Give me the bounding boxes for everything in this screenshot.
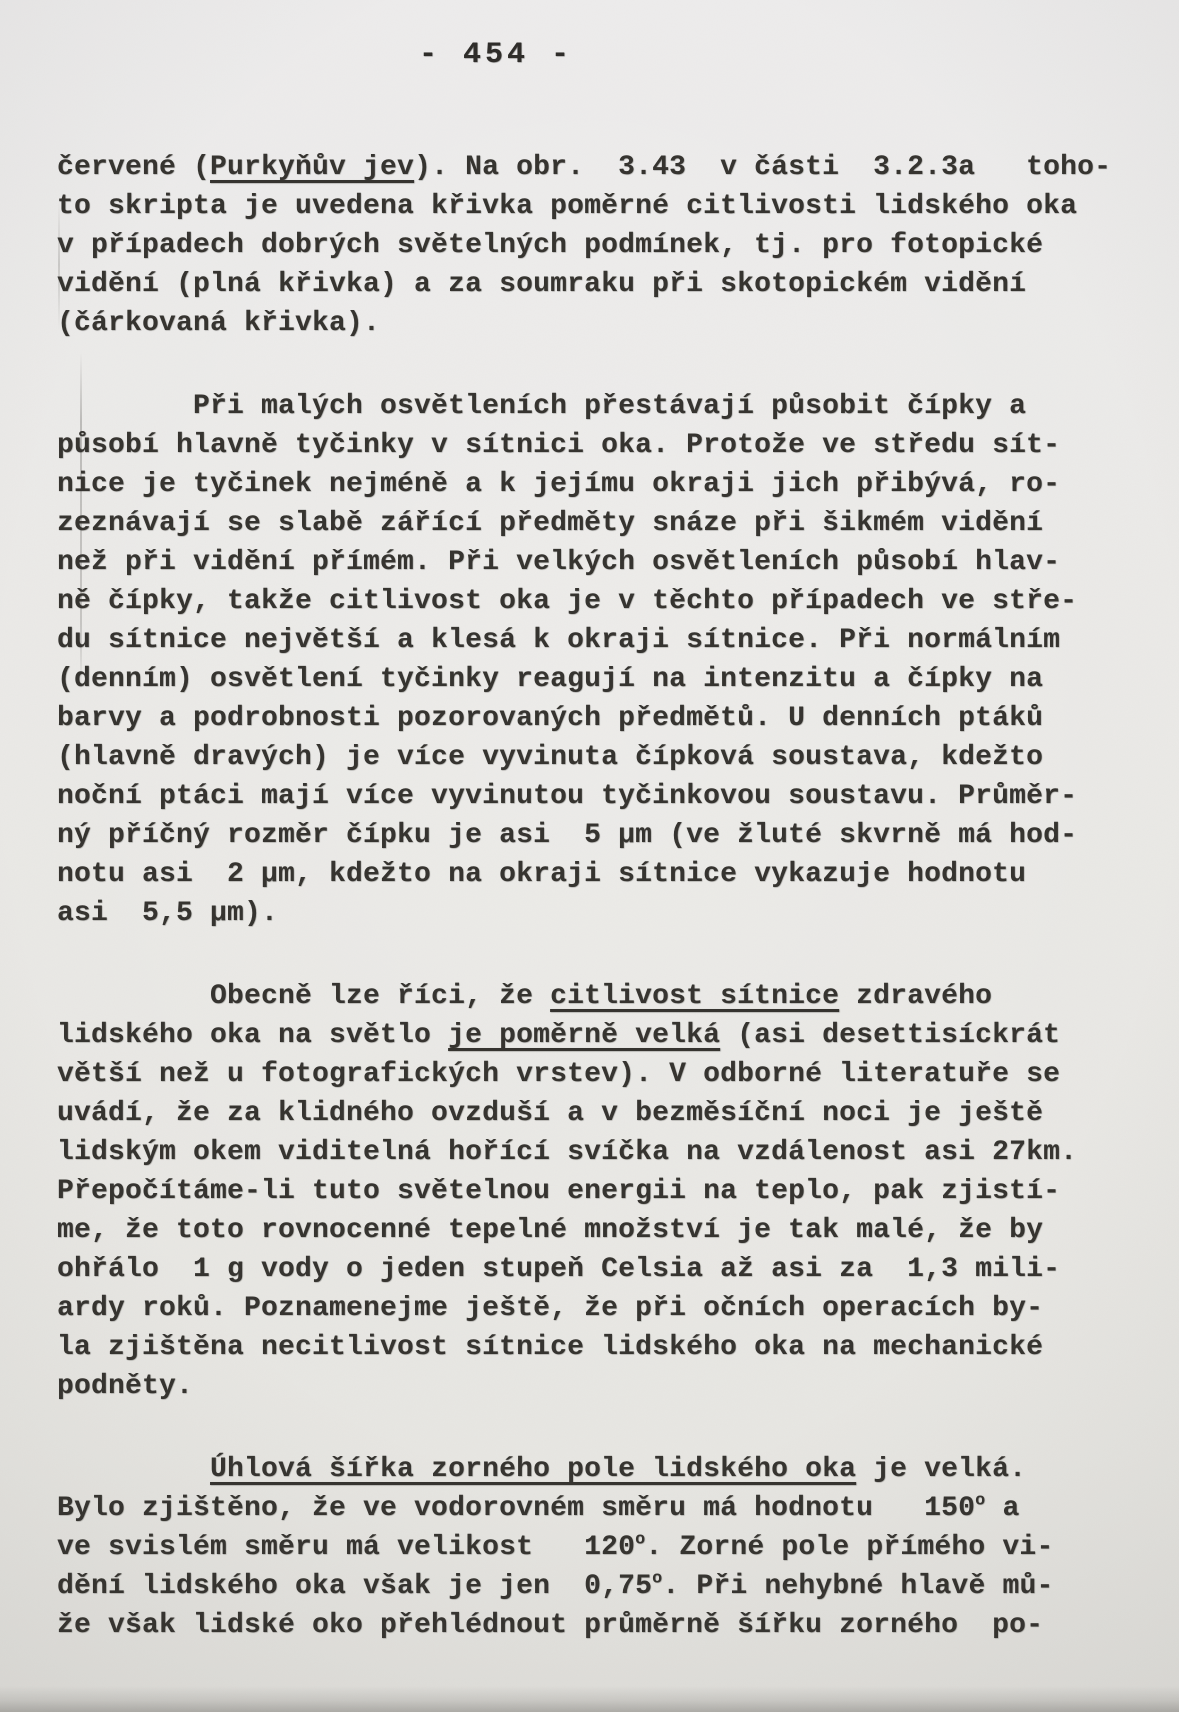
- text-run: ný příčný rozměr čípku je asi 5 μm (ve ž…: [57, 820, 1077, 851]
- underlined-text: citlivost sítnice: [550, 981, 839, 1012]
- text-run: Bylo zjištěno, že ve vodorovném směru má…: [57, 1493, 975, 1524]
- text-run: (denním) osvětlení tyčinky reagují na in…: [57, 664, 1043, 695]
- scanned-page: - 454 - červené (Purkyňův jev). Na obr. …: [0, 0, 1179, 1712]
- text-line: větší než u fotografických vrstev). V od…: [57, 1055, 1142, 1094]
- text-run: ardy roků. Poznamenejme ještě, že při oč…: [57, 1293, 1043, 1324]
- superscript-text: o: [635, 1531, 645, 1550]
- text-run: me, že toto rovnocenné tepelné množství …: [57, 1215, 1043, 1246]
- text-line: ohřálo 1 g vody o jeden stupeň Celsia až…: [57, 1250, 1142, 1289]
- text-run: je velká.: [856, 1454, 1026, 1485]
- text-run: zeznávají se slabě zářící předměty snáze…: [57, 508, 1043, 539]
- text-run: dění lidského oka však je jen 0,75: [57, 1571, 652, 1602]
- text-run: noční ptáci mají více vyvinutou tyčinkov…: [57, 781, 1077, 812]
- text-run: uvádí, že za klidného ovzduší a v bezměs…: [57, 1098, 1043, 1129]
- text-line: podněty.: [57, 1367, 1142, 1406]
- text-line: nice je tyčinek nejméně a k jejímu okraj…: [57, 465, 1142, 504]
- text-line: že však lidské oko přehlédnout průměrně …: [57, 1606, 1142, 1645]
- text-line: ně čípky, takže citlivost oka je v těcht…: [57, 582, 1142, 621]
- text-run: podněty.: [57, 1371, 193, 1402]
- text-run: Přepočítáme-li tuto světelnou energii na…: [57, 1176, 1060, 1207]
- text-run: ve svislém směru má velikost 120: [57, 1532, 635, 1563]
- paragraph-1: červené (Purkyňův jev). Na obr. 3.43 v č…: [57, 148, 1142, 343]
- document-text: červené (Purkyňův jev). Na obr. 3.43 v č…: [57, 148, 1142, 1645]
- text-line: noční ptáci mají více vyvinutou tyčinkov…: [57, 777, 1142, 816]
- text-run: lidským okem viditelná hořící svíčka na …: [57, 1137, 1077, 1168]
- text-line: lidským okem viditelná hořící svíčka na …: [57, 1133, 1142, 1172]
- text-line: uvádí, že za klidného ovzduší a v bezměs…: [57, 1094, 1142, 1133]
- text-run: notu asi 2 μm, kdežto na okraji sítnice …: [57, 859, 1026, 890]
- superscript-text: o: [652, 1570, 662, 1589]
- text-run: [57, 1454, 210, 1485]
- text-run: la zjištěna necitlivost sítnice lidského…: [57, 1332, 1043, 1363]
- text-line: ve svislém směru má velikost 120o. Zorné…: [57, 1528, 1142, 1567]
- text-run: du sítnice největší a klesá k okraji sít…: [57, 625, 1060, 656]
- text-line: vidění (plná křivka) a za soumraku při s…: [57, 265, 1142, 304]
- text-run: a: [985, 1493, 1019, 1524]
- text-line: Úhlová šířka zorného pole lidského oka j…: [57, 1450, 1142, 1489]
- text-run: ně čípky, takže citlivost oka je v těcht…: [57, 586, 1077, 617]
- text-run: větší než u fotografických vrstev). V od…: [57, 1059, 1060, 1090]
- text-line: barvy a podrobnosti pozorovaných předmět…: [57, 699, 1142, 738]
- text-run: (hlavně dravých) je více vyvinuta čípkov…: [57, 742, 1043, 773]
- text-line: lidského oka na světlo je poměrně velká …: [57, 1016, 1142, 1055]
- text-run: v případech dobrých světelných podmínek,…: [57, 230, 1043, 261]
- text-line: to skripta je uvedena křivka poměrné cit…: [57, 187, 1142, 226]
- text-run: ohřálo 1 g vody o jeden stupeň Celsia až…: [57, 1254, 1060, 1285]
- text-run: barvy a podrobnosti pozorovaných předmět…: [57, 703, 1043, 734]
- underlined-text: je poměrně velká: [448, 1020, 720, 1051]
- text-run: Obecně lze říci, že: [57, 981, 550, 1012]
- text-run: . Zorné pole přímého vi-: [645, 1532, 1053, 1563]
- page-edge-shadow: [0, 1686, 1179, 1712]
- text-line: (hlavně dravých) je více vyvinuta čípkov…: [57, 738, 1142, 777]
- text-run: Při malých osvětleních přestávají působi…: [57, 391, 1026, 422]
- paragraph-3: Obecně lze říci, že citlivost sítnice zd…: [57, 977, 1142, 1406]
- text-line: ný příčný rozměr čípku je asi 5 μm (ve ž…: [57, 816, 1142, 855]
- underlined-text: Purkyňův jev: [210, 152, 414, 183]
- text-line: Při malých osvětleních přestávají působi…: [57, 387, 1142, 426]
- text-run: ). Na obr. 3.43 v části 3.2.3a toho-: [414, 152, 1111, 183]
- text-line: (čárkovaná křivka).: [57, 304, 1142, 343]
- underlined-text: Úhlová šířka zorného pole lidského oka: [210, 1454, 856, 1485]
- text-line: dění lidského oka však je jen 0,75o. Při…: [57, 1567, 1142, 1606]
- text-run: že však lidské oko přehlédnout průměrně …: [57, 1610, 1043, 1641]
- text-run: (čárkovaná křivka).: [57, 308, 380, 339]
- text-run: než při vidění přímém. Při velkých osvět…: [57, 547, 1060, 578]
- text-line: Přepočítáme-li tuto světelnou energii na…: [57, 1172, 1142, 1211]
- text-line: v případech dobrých světelných podmínek,…: [57, 226, 1142, 265]
- paragraph-2: Při malých osvětleních přestávají působi…: [57, 387, 1142, 933]
- text-run: (asi desettisíckrát: [720, 1020, 1060, 1051]
- text-line: než při vidění přímém. Při velkých osvět…: [57, 543, 1142, 582]
- text-line: asi 5,5 μm).: [57, 894, 1142, 933]
- text-line: Bylo zjištěno, že ve vodorovném směru má…: [57, 1489, 1142, 1528]
- text-line: du sítnice největší a klesá k okraji sít…: [57, 621, 1142, 660]
- text-line: la zjištěna necitlivost sítnice lidského…: [57, 1328, 1142, 1367]
- text-run: vidění (plná křivka) a za soumraku při s…: [57, 269, 1026, 300]
- text-line: notu asi 2 μm, kdežto na okraji sítnice …: [57, 855, 1142, 894]
- text-run: lidského oka na světlo: [57, 1020, 448, 1051]
- text-run: působí hlavně tyčinky v sítnici oka. Pro…: [57, 430, 1060, 461]
- text-line: zeznávají se slabě zářící předměty snáze…: [57, 504, 1142, 543]
- text-run: nice je tyčinek nejméně a k jejímu okraj…: [57, 469, 1060, 500]
- text-run: červené (: [57, 152, 210, 183]
- text-line: (denním) osvětlení tyčinky reagují na in…: [57, 660, 1142, 699]
- text-line: ardy roků. Poznamenejme ještě, že při oč…: [57, 1289, 1142, 1328]
- text-line: Obecně lze říci, že citlivost sítnice zd…: [57, 977, 1142, 1016]
- text-line: působí hlavně tyčinky v sítnici oka. Pro…: [57, 426, 1142, 465]
- text-run: . Při nehybné hlavě mů-: [662, 1571, 1053, 1602]
- paragraph-4: Úhlová šířka zorného pole lidského oka j…: [57, 1450, 1142, 1645]
- text-line: me, že toto rovnocenné tepelné množství …: [57, 1211, 1142, 1250]
- page-number: - 454 -: [0, 38, 992, 72]
- text-line: červené (Purkyňův jev). Na obr. 3.43 v č…: [57, 148, 1142, 187]
- superscript-text: o: [975, 1492, 985, 1511]
- text-run: asi 5,5 μm).: [57, 898, 278, 929]
- text-run: zdravého: [839, 981, 992, 1012]
- text-run: to skripta je uvedena křivka poměrné cit…: [57, 191, 1077, 222]
